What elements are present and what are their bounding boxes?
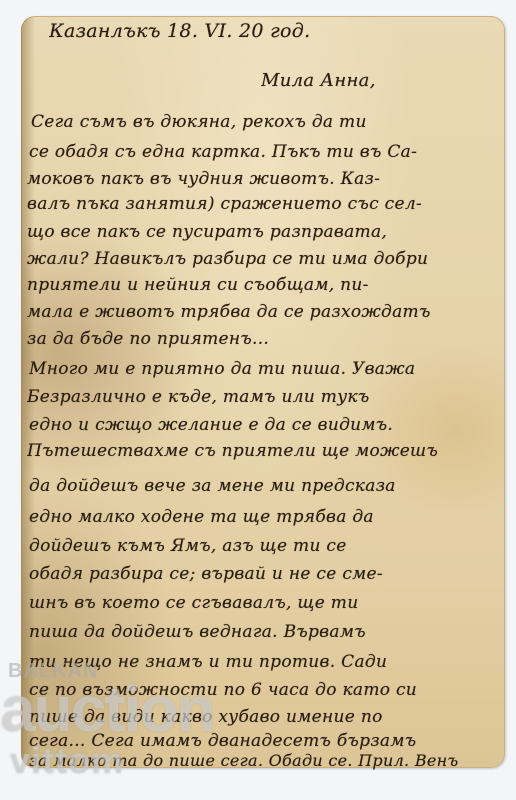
letter-line: ти нещо не знамъ и ти против. Сади	[29, 652, 505, 672]
letter-line: валъ пъка занятия) сражението със сел-	[27, 194, 505, 214]
letter-line: пиша да дойдешъ веднага. Вървамъ	[29, 622, 505, 642]
letter-line: жали? Навикълъ разбира се ти има добри	[27, 249, 505, 269]
letter-line: шнъ въ което се сгъвавалъ, ще ти	[29, 593, 505, 613]
letter-line: Безразлично е къде, тамъ или тукъ	[27, 387, 505, 407]
letter-line: сега... Сега имамъ дванадесетъ бързамъ	[29, 731, 505, 751]
letter-line: Много ми е приятно да ти пиша. Уважа	[29, 359, 505, 379]
postcard-heading-place-date: Казанлъкъ 18. VI. 20 год.	[49, 20, 505, 42]
letter-line: се обадя съ една картка. Пъкъ ти въ Са-	[29, 142, 505, 162]
letter-line: да дойдешъ вече за мене ми предсказа	[29, 476, 505, 496]
postcard: Казанлъкъ 18. VI. 20 год. Мила Анна, Сег…	[21, 16, 505, 768]
letter-line: приятели и нейния си съобщам, пи-	[27, 275, 505, 295]
letter-line: Сега съмъ въ дюкяна, рекохъ да ти	[31, 112, 505, 132]
letter-line: дойдешъ къмъ Ямъ, азъ ще ти се	[29, 536, 505, 556]
letter-line: едно и сжщо желание е да се видимъ.	[29, 415, 505, 435]
letter-line: се по възможности по 6 часа до като си	[29, 680, 505, 700]
letter-line: едно малко ходене та ще трябва да	[29, 507, 505, 527]
letter-line: Пътешествахме съ приятели ще можешъ	[27, 441, 505, 461]
postcard-greeting: Мила Анна,	[261, 70, 505, 91]
letter-line: за да бъде по приятенъ...	[27, 329, 505, 349]
letter-line: обадя разбира се; вървай и не се сме-	[29, 564, 505, 584]
letter-line: що все пакъ се пусиратъ разправата,	[27, 222, 505, 242]
letter-line: за малко та до пише сега. Обади се. Прил…	[29, 751, 505, 770]
letter-line: моковъ пакъ въ чудния животъ. Каз-	[27, 169, 505, 189]
letter-line: мала е животъ трябва да се разхождатъ	[27, 302, 505, 322]
letter-line: пише да види какво хубаво имение по	[29, 707, 505, 727]
